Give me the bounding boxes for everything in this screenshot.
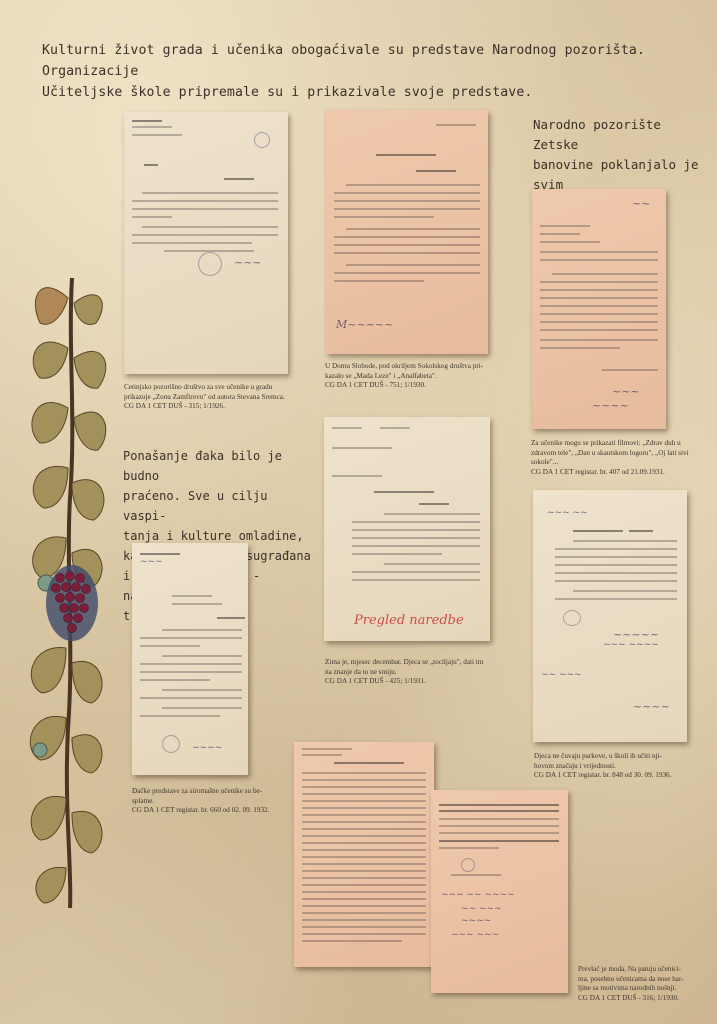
text-line: Ponašanje đaka bilo je budno	[123, 446, 313, 486]
caption-line: U Domu Slobode, pod okriljem Sokolskog d…	[325, 362, 500, 372]
caption-doc-1: Cetinjsko pozorišno društvo za sve učeni…	[124, 383, 294, 412]
caption-line: zdravom tele", „Dan u skautskom logoru",…	[531, 449, 706, 459]
signature: ~~~ ~~~~	[603, 640, 659, 650]
text-line: Narodno pozorište Zetske	[533, 115, 708, 155]
text-line: praćeno. Sve u cilju vaspi-	[123, 486, 313, 526]
archive-document-7a	[294, 742, 434, 967]
intro-line-2: Učiteljske škole pripremale su i prikazi…	[42, 82, 692, 103]
caption-doc-3: Za učenike mogu se prikazati filmovi: „Z…	[531, 439, 706, 477]
signature: ~~~	[234, 256, 262, 269]
signature: ~~ ~~~	[541, 670, 582, 680]
caption-line: na znanje da to ne smiju.	[325, 668, 500, 678]
caption-line: CG DA 1 CET DUŠ - 315; 1/1926.	[124, 402, 294, 412]
caption-doc-2: U Domu Slobode, pod okriljem Sokolskog d…	[325, 362, 500, 391]
caption-doc-6: Djeca ne čuvaju parkove, u školi ih učit…	[534, 752, 709, 781]
caption-line: Đačke predstave za siromašne učenike su …	[132, 787, 307, 797]
archive-document-5: ~~~ ~~~~	[132, 543, 248, 775]
archive-document-3: ~~ ~~~ ~~~~	[532, 189, 666, 429]
caption-line: Djeca ne čuvaju parkove, u školi ih učit…	[534, 752, 709, 762]
caption-line: Za učenike mogu se prikazati filmovi: „Z…	[531, 439, 706, 449]
archive-document-7b: ~~~ ~~ ~~~~ ~~ ~~~ ~~~~ ~~~ ~~~	[431, 790, 568, 993]
signature: ~~~ ~~~	[451, 930, 499, 940]
signature: ~~~~	[633, 700, 670, 713]
signature-red: Pregled naredbe	[354, 613, 464, 628]
signature: ~~~	[140, 557, 163, 567]
signature: ~~	[632, 197, 650, 210]
floral-vine-decoration	[10, 268, 120, 908]
caption-doc-7: Prevlač je moda. Na patuju učenici- ma, …	[578, 965, 713, 1003]
caption-doc-5: Đačke predstave za siromašne učenike su …	[132, 787, 307, 816]
caption-line: ljine sa motivima narodnih nošnji.	[578, 984, 713, 994]
signature: ~~~~	[461, 916, 491, 926]
caption-line: CG DA 1 CET DUŠ - 316; 1/1930.	[578, 994, 713, 1004]
caption-line: kazalo se „Mada Leze" i „Analfabeta".	[325, 372, 500, 382]
signature: ~~~ ~~ ~~~~	[441, 890, 515, 900]
caption-line: Prevlač je moda. Na patuju učenici-	[578, 965, 713, 975]
signature: M~~~~~	[336, 318, 393, 331]
archive-document-6: ~~~ ~~ ~~~~~ ~~~ ~~~~ ~~ ~~~ ~~~~	[533, 490, 687, 742]
signature: ~~~ ~~	[547, 508, 588, 518]
caption-line: Zima je, mjesec decembar. Djeca se „toci…	[325, 658, 500, 668]
signature: ~~~~	[192, 743, 222, 753]
signature: ~~ ~~~	[461, 904, 502, 914]
signature: ~~~~	[592, 399, 629, 412]
caption-line: prikazuje „Zonu Zamfirovu" od autora Ste…	[124, 393, 294, 403]
archive-document-4: Pregled naredbe	[324, 417, 490, 641]
caption-line: CG DA 1 CET DUŠ - 425; 1/1931.	[325, 677, 500, 687]
caption-line: CG DA 1 CET registar. br. 660 od 02. 09.…	[132, 806, 307, 816]
intro-line-1: Kulturni život grada i učenika obogaćiva…	[42, 40, 692, 82]
caption-line: CG DA 1 CET DUŠ - 751; 1/1930.	[325, 381, 500, 391]
caption-line: CG DA 1 CET registar. br. 848 od 30. 09.…	[534, 771, 709, 781]
caption-line: splatne.	[132, 797, 307, 807]
caption-doc-4: Zima je, mjesec decembar. Djeca se „toci…	[325, 658, 500, 687]
caption-line: Cetinjsko pozorišno društvo za sve učeni…	[124, 383, 294, 393]
intro-text: Kulturni život grada i učenika obogaćiva…	[42, 40, 692, 103]
grape-cluster-icon	[46, 565, 98, 641]
caption-line: CG DA 1 CET registar. br. 407 od 21.09.1…	[531, 468, 706, 478]
caption-line: ma, posebno učenicama da nose har-	[578, 975, 713, 985]
archive-document-2: M~~~~~	[326, 110, 488, 354]
signature: ~~~	[612, 385, 640, 398]
caption-line: sokole"...	[531, 458, 706, 468]
caption-line: hovom značaju i vrijednosti.	[534, 762, 709, 772]
archive-document-1: ~~~	[124, 112, 288, 374]
